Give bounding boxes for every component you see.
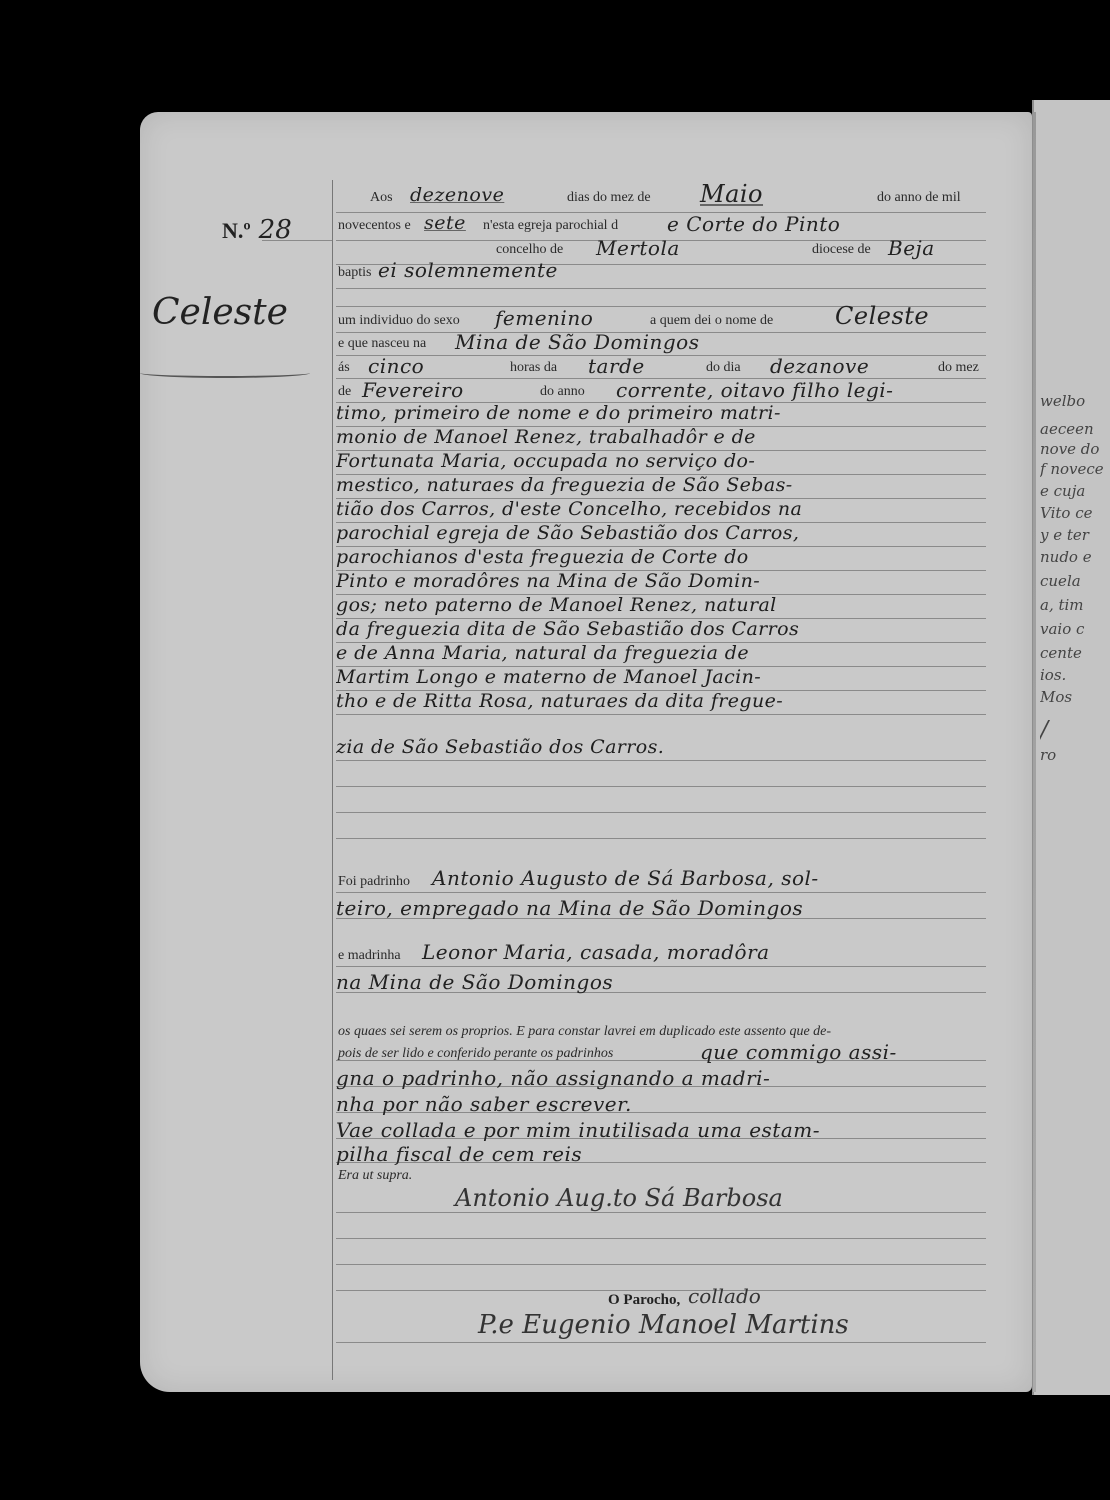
body-text-line: parochial egreja de São Sebastião dos Ca… [336,522,986,544]
body-text-line: tião dos Carros, d'este Concelho, recebi… [336,498,986,520]
adjacent-page-text: cuela [1040,572,1110,590]
margin-flourish [140,368,310,378]
godmother-details: na Mina de São Domingos [336,970,613,994]
margin-rule [332,180,333,1380]
parocho-label: O Parocho, [608,1292,680,1309]
printed-text: e que nasceu na [338,336,426,352]
body-text-line: da freguezia dita de São Sebastião dos C… [336,618,986,640]
adjacent-page-text: Vito ce [1040,504,1110,522]
godmother-name: Leonor Maria, casada, moradôra [422,940,770,964]
ruled-line [336,1212,986,1213]
handwritten-baptism-type: ei solemnemente [378,258,558,282]
printed-text: baptis [338,265,371,281]
godfather-details: teiro, empregado na Mina de São Domingos [336,896,803,920]
body-text-line: monio de Manoel Renez, trabalhadôr e de [336,426,986,448]
entry-number-label: N.º [222,218,251,243]
handwritten-hour: cinco [368,354,424,378]
body-text-line: e de Anna Maria, natural da freguezia de [336,642,986,664]
handwritten-day: dezenove [410,184,504,206]
ruled-line [336,1264,986,1265]
ruled-line [336,760,986,761]
printed-text: Aos [370,190,393,206]
ruled-line [336,1342,986,1343]
printed-text: do dia [706,360,741,376]
printed-text: do anno [540,384,585,400]
ruled-line [336,355,986,356]
godmother-label: e madrinha [338,948,401,964]
adjacent-page-text: / [1040,716,1110,744]
body-text-line: tho e de Ritta Rosa, naturaes da dita fr… [336,690,986,712]
handwritten-given-name: Celeste [835,302,929,330]
adjacent-page-text: vaio c [1040,620,1110,638]
ruled-line [336,1238,986,1239]
ruled-line [336,838,986,839]
printed-text: do mez [938,360,979,376]
handwritten-birth-year: corrente, oitavo filho legi- [616,378,893,402]
printed-closing: pois de ser lido e conferido perante os … [338,1046,613,1062]
body-text-line: parochianos d'esta freguezia de Corte do [336,546,986,568]
handwritten-birthplace: Mina de São Domingos [455,330,699,354]
body-text-line: timo, primeiro de nome e do primeiro mat… [336,402,986,424]
handwritten-sex: femenino [495,306,593,330]
body-text-line: Martim Longo e materno de Manoel Jacin- [336,666,986,688]
printed-closing: os quaes sei serem os proprios. E para c… [338,1024,831,1040]
printed-text: novecentos e [338,218,411,234]
ruled-line [336,786,986,787]
priest-signature: P.e Eugenio Manoel Martins [478,1310,849,1340]
printed-text: de [338,384,351,400]
handwritten-municipality: Mertola [596,236,680,260]
body-text-line: zia de São Sebastião dos Carros. [336,736,986,758]
adjacent-page-text: ios. [1040,666,1110,684]
adjacent-page-text: f novece [1040,460,1110,478]
body-text-line: Fortunata Maria, occupada no serviço do- [336,450,986,472]
parocho-status: collado [688,1284,761,1308]
printed-text: a quem dei o nome de [650,313,773,329]
printed-text: ás [338,360,350,376]
adjacent-page-text: aeceen [1040,420,1110,438]
adjacent-page-text: e cuja [1040,482,1110,500]
handwritten-period: tarde [588,354,645,378]
godfather-label: Foi padrinho [338,874,410,890]
ruled-line [336,812,986,813]
handwritten-birth-month: Fevereiro [362,378,464,402]
printed-text: n'esta egreja parochial d [483,218,618,234]
printed-text: um individuo do sexo [338,313,460,329]
adjacent-page-text: cente [1040,644,1110,662]
binding-gutter [1033,112,1036,1392]
body-text-line: gos; neto paterno de Manoel Renez, natur… [336,594,986,616]
adjacent-page-text: nudo e [1040,548,1110,566]
ruled-line [336,288,986,289]
body-text-line: Pinto e moradôres na Mina de São Domin- [336,570,986,592]
printed-text: concelho de [496,242,563,258]
handwritten-diocese: Beja [888,236,935,260]
handwritten-month: Maio [700,180,763,208]
handwritten-parish: e Corte do Pinto [667,212,840,236]
ruled-line [336,966,986,967]
adjacent-page-text: ro [1040,746,1110,764]
adjacent-page-text: welbo [1040,392,1110,410]
handwritten-stamp-note: Vae collada e por mim inutilisada uma es… [336,1118,820,1142]
ruled-line [336,714,986,715]
handwritten-birth-day: dezanove [770,354,869,378]
godfather-signature: Antonio Aug.to Sá Barbosa [455,1184,783,1212]
ruled-line [336,1290,986,1291]
margin-name: Celeste [152,292,288,333]
adjacent-page-text: nove do [1040,440,1110,458]
printed-text: horas da [510,360,557,376]
handwritten-closing: gna o padrinho, não assignando a madri- [336,1066,770,1090]
handwritten-stamp-note: pilha fiscal de cem reis [336,1142,582,1166]
adjacent-page-text: Mos [1040,688,1110,706]
adjacent-page-text: y e ter [1040,526,1110,544]
printed-text: diocese de [812,242,871,258]
handwritten-closing: que commigo assi- [700,1040,897,1064]
ruled-line [336,892,986,893]
handwritten-closing: nha por não saber escrever. [336,1092,632,1116]
era-ut-supra: Era ut supra. [338,1168,412,1184]
ruled-line [262,240,332,241]
printed-text: do anno de mil [877,190,961,206]
godfather-name: Antonio Augusto de Sá Barbosa, sol- [432,866,819,890]
printed-text: dias do mez de [567,190,651,206]
body-text-line: mestico, naturaes da freguezia de São Se… [336,474,986,496]
handwritten-year: sete [424,212,466,234]
adjacent-page-text: a, tim [1040,596,1110,614]
